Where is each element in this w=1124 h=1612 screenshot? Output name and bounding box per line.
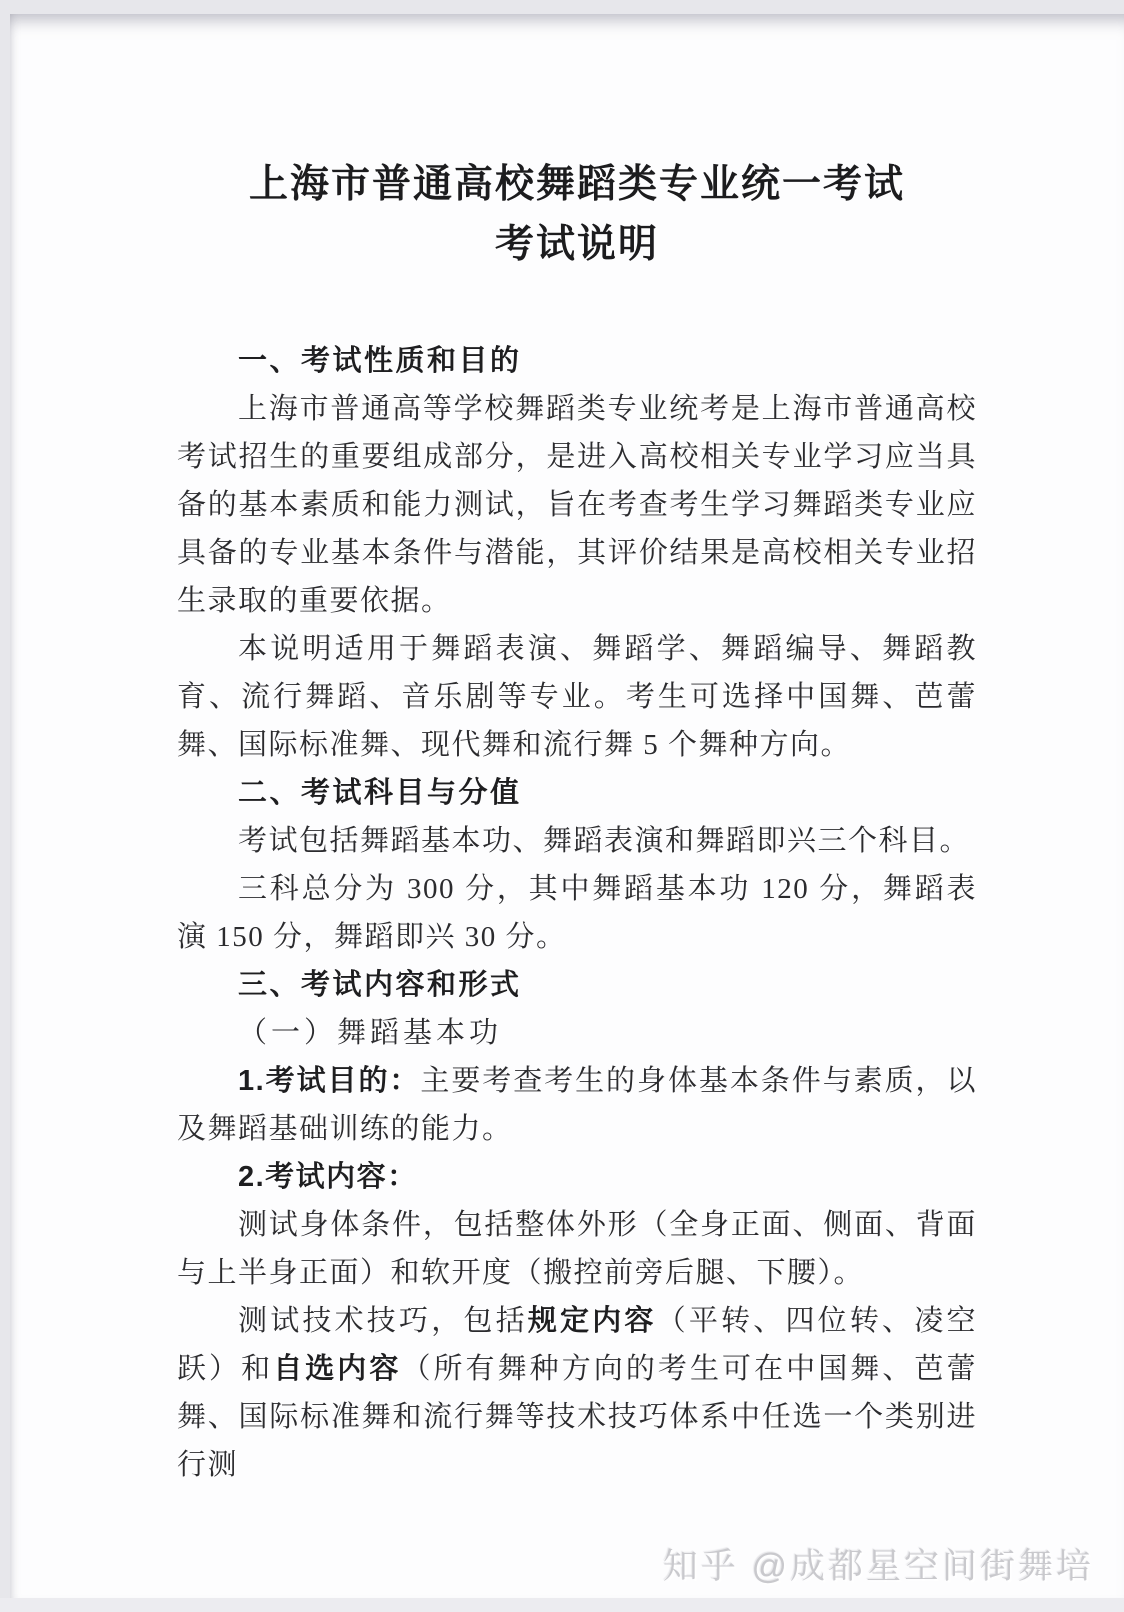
watermark-text: 知乎 @成都星空间街舞培: [663, 1539, 1094, 1589]
paragraph: 2.考试内容：: [177, 1153, 977, 1201]
paragraph: 测试技术技巧，包括规定内容（平转、四位转、凌空跃）和自选内容（所有舞种方向的考生…: [177, 1297, 977, 1489]
text-run: 三、考试内容和形式: [238, 969, 522, 1001]
document-title: 上海市普通高校舞蹈类专业统一考试 考试说明: [177, 155, 977, 275]
bold-text-run: 自选内容: [273, 1353, 401, 1385]
text-run: 二、考试科目与分值: [238, 777, 522, 809]
text-run: 上海市普通高等学校舞蹈类专业统考是上海市普通高校考试招生的重要组成部分，是进入高…: [177, 393, 977, 617]
text-run: （一）舞蹈基本功: [238, 1017, 502, 1049]
document-body: 一、考试性质和目的上海市普通高等学校舞蹈类专业统考是上海市普通高校考试招生的重要…: [177, 337, 977, 1489]
bold-text-run: 规定内容: [528, 1305, 657, 1337]
title-line-2: 考试说明: [177, 215, 977, 275]
text-run: 一、考试性质和目的: [238, 345, 522, 377]
paragraph: 1.考试目的：主要考查考生的身体基本条件与素质，以及舞蹈基础训练的能力。: [177, 1057, 977, 1153]
bold-text-run: 1.考试目的：: [238, 1065, 420, 1097]
photo-background: { "document": { "title_lines": [ "上海市普通高…: [0, 0, 1124, 1612]
text-run: 考试包括舞蹈基本功、舞蹈表演和舞蹈即兴三个科目。: [238, 825, 970, 857]
text-run: 测试身体条件，包括整体外形（全身正面、侧面、背面与上半身正面）和软开度（搬控前旁…: [177, 1209, 977, 1289]
document-page: 上海市普通高校舞蹈类专业统一考试 考试说明 一、考试性质和目的上海市普通高等学校…: [10, 14, 1124, 1598]
paragraph: 三科总分为 300 分，其中舞蹈基本功 120 分，舞蹈表演 150 分，舞蹈即…: [177, 865, 977, 961]
photo-bottom-edge: [0, 1598, 1124, 1612]
document-content: 上海市普通高校舞蹈类专业统一考试 考试说明 一、考试性质和目的上海市普通高等学校…: [177, 14, 977, 1489]
paragraph: 考试包括舞蹈基本功、舞蹈表演和舞蹈即兴三个科目。: [177, 817, 977, 865]
title-line-1: 上海市普通高校舞蹈类专业统一考试: [177, 155, 977, 215]
text-run: 测试技术技巧，包括: [238, 1305, 528, 1337]
bold-text-run: 2.考试内容：: [238, 1161, 418, 1193]
sub-heading: （一）舞蹈基本功: [177, 1009, 977, 1057]
text-run: 本说明适用于舞蹈表演、舞蹈学、舞蹈编导、舞蹈教育、流行舞蹈、音乐剧等专业。考生可…: [177, 633, 977, 761]
paragraph: 上海市普通高等学校舞蹈类专业统考是上海市普通高校考试招生的重要组成部分，是进入高…: [177, 385, 977, 625]
section-heading: 二、考试科目与分值: [177, 769, 977, 817]
section-heading: 三、考试内容和形式: [177, 961, 977, 1009]
section-heading: 一、考试性质和目的: [177, 337, 977, 385]
text-run: 三科总分为 300 分，其中舞蹈基本功 120 分，舞蹈表演 150 分，舞蹈即…: [177, 873, 977, 953]
paragraph: 本说明适用于舞蹈表演、舞蹈学、舞蹈编导、舞蹈教育、流行舞蹈、音乐剧等专业。考生可…: [177, 625, 977, 769]
paragraph: 测试身体条件，包括整体外形（全身正面、侧面、背面与上半身正面）和软开度（搬控前旁…: [177, 1201, 977, 1297]
